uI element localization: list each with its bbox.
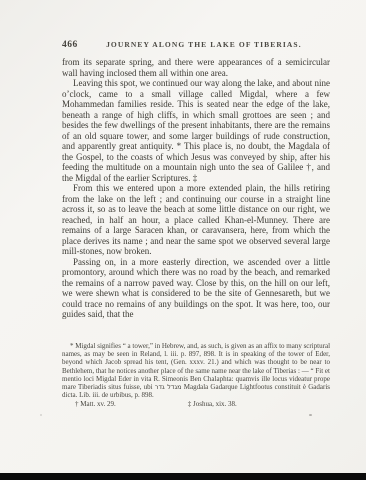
running-title: JOURNEY ALONG THE LAKE OF TIBERIAS. xyxy=(78,40,330,49)
page-number: 466 xyxy=(62,40,78,50)
footnote-references: † Matt. xv. 29. ‡ Joshua, xix. 38. xyxy=(62,400,330,408)
scanned-book-page: 466 JOURNEY ALONG THE LAKE OF TIBERIAS. … xyxy=(0,0,366,480)
footnote-migdal: * Migdal signifies “ a tower,” in Hebrew… xyxy=(62,342,330,399)
paragraph-khan-el-munney: From this we entered upon a more extende… xyxy=(62,183,330,257)
paragraph-migdal: Leaving this spot, we continued our way … xyxy=(62,78,330,183)
scan-edge-bar xyxy=(0,473,366,480)
scan-speck xyxy=(40,414,42,416)
hebrew-text: מגדל גדר xyxy=(155,383,182,391)
paragraph-gennesareth: Passing on, in a more easterly direction… xyxy=(62,257,330,320)
footnote-ref-matthew: † Matt. xv. 29. xyxy=(75,400,116,408)
footnote-ref-joshua: ‡ Joshua, xix. 38. xyxy=(188,400,237,408)
footnote-block: * Migdal signifies “ a tower,” in Hebrew… xyxy=(62,342,330,409)
paragraph-continuation: from its separate spring, and there were… xyxy=(62,57,330,78)
body-text: from its separate spring, and there were… xyxy=(62,57,330,320)
page-header: 466 JOURNEY ALONG THE LAKE OF TIBERIAS. xyxy=(62,40,330,50)
scan-speck xyxy=(309,414,312,416)
